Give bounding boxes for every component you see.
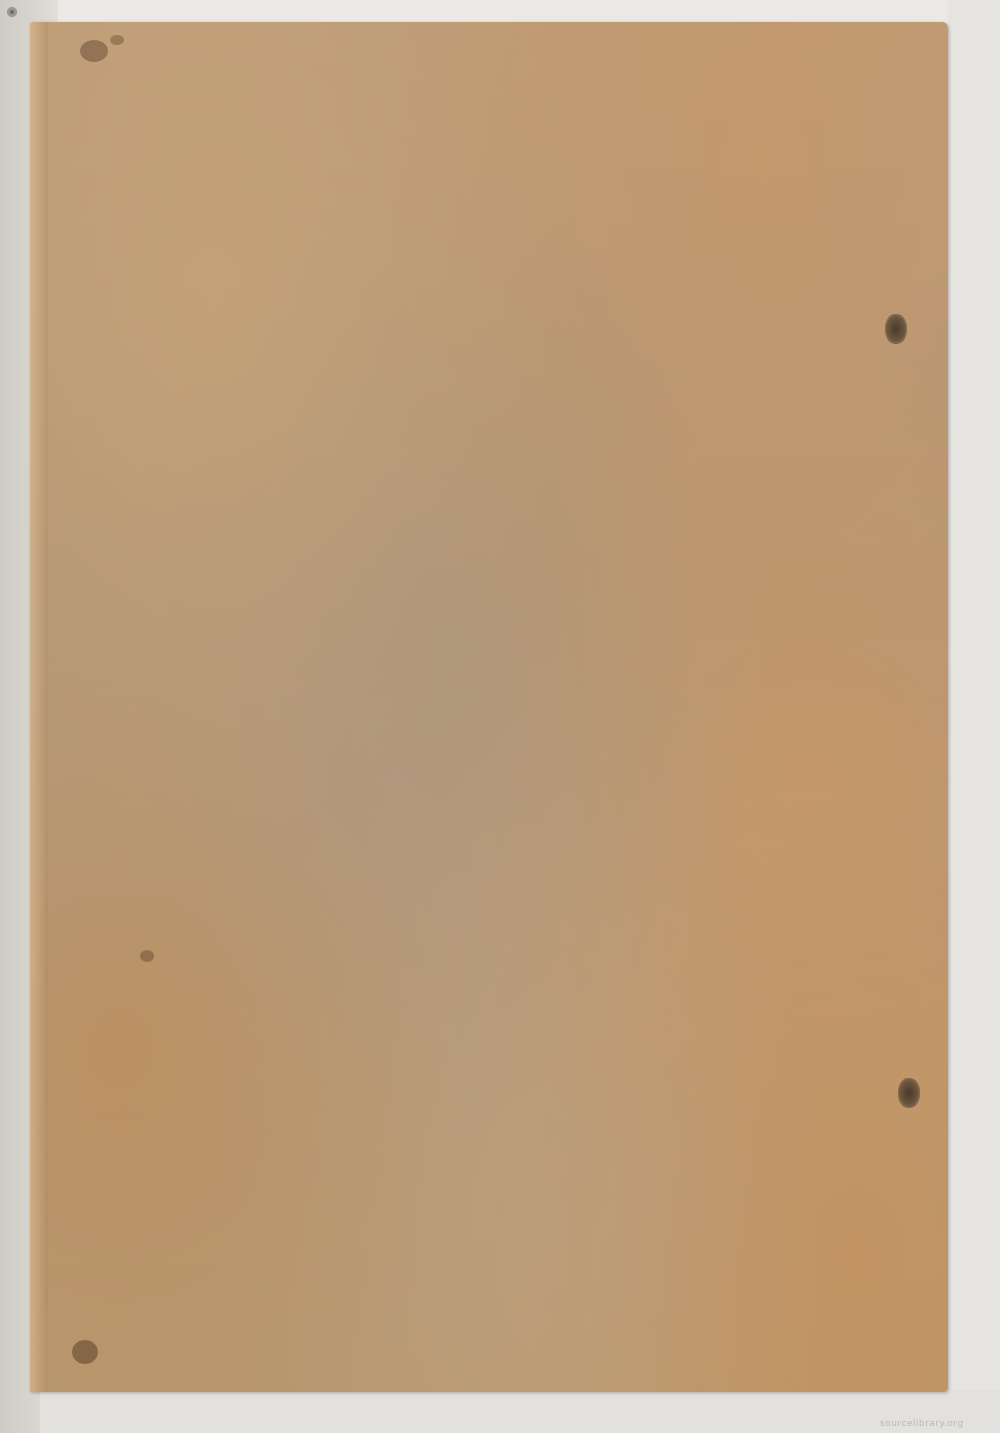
pin-icon [7, 7, 17, 17]
clasp-mark-upper-right [885, 314, 907, 344]
stain-left-mid [140, 950, 154, 962]
book-cover [30, 22, 948, 1392]
stain-top-left [80, 40, 108, 62]
background-right [944, 0, 1000, 1433]
clasp-mark-lower-right [898, 1078, 920, 1108]
watermark: sourcelibrary.org [880, 1419, 1000, 1429]
stain-top-left-2 [110, 35, 124, 45]
background-bottom [40, 1390, 1000, 1433]
stain-bottom-left [72, 1340, 98, 1364]
spine-edge [30, 22, 48, 1392]
